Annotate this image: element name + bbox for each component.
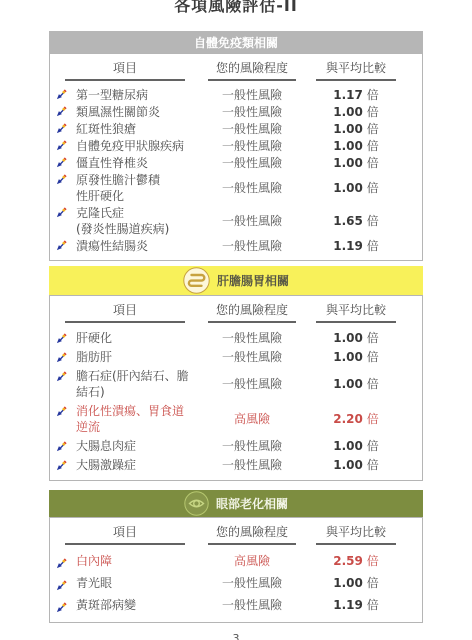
section-title: 眼部老化相關 [216,495,288,512]
risk-item-name: 肝硬化 [76,330,200,346]
table-row: 僵直性脊椎炎 一般性風險 1.00 倍 [50,154,422,171]
table-row: 類風濕性關節炎 一般性風險 1.00 倍 [50,103,422,120]
risk-level: 一般性風險 [200,213,304,229]
content: 自體免疫類相關 項目 您的風險程度 與平均比較 第一型糖尿病 一般性風險 1.1… [49,31,423,623]
ratio-value: 1.00 [333,576,363,590]
section-header-autoimmune: 自體免疫類相關 [49,31,423,53]
column-header-risk: 您的風險程度 [200,523,304,545]
ratio: 1.19 倍 [304,597,408,613]
section-title: 肝膽腸胃相關 [217,272,289,289]
eye-icon [184,491,209,516]
table-row: 第一型糖尿病 一般性風險 1.17 倍 [50,86,422,103]
risk-level: 一般性風險 [200,349,304,365]
table-row: 自體免疫甲狀腺疾病 一般性風險 1.00 倍 [50,137,422,154]
ratio: 1.65 倍 [304,213,408,229]
ratio: 1.19 倍 [304,238,408,254]
ratio-unit: 倍 [367,458,379,472]
risk-item-name: 大腸激躁症 [76,457,200,473]
risk-level: 一般性風險 [200,330,304,346]
table-row: 脂肪肝 一般性風險 1.00 倍 [50,347,422,366]
section-header-gastro: 肝膽腸胃相關 [49,266,423,295]
section-title: 自體免疫類相關 [194,34,278,51]
table-row: 大腸激躁症 一般性風險 1.00 倍 [50,455,422,474]
ratio-unit: 倍 [367,331,379,345]
section-gastro: 肝膽腸胃相關 項目 您的風險程度 與平均比較 肝硬化 一般性風險 1.00 倍 [49,266,423,481]
dart-icon [56,140,76,151]
ratio-value: 1.19 [333,598,363,612]
page-number: 3 [0,632,472,640]
ratio: 1.00 倍 [304,457,408,473]
ratio-unit: 倍 [367,239,379,253]
column-header-ratio: 與平均比較 [304,59,408,81]
risk-level: 一般性風險 [200,597,304,613]
dart-icon [56,558,76,569]
ratio: 2.20 倍 [304,411,408,427]
table-row: 青光眼 一般性風險 1.00 倍 [50,572,422,594]
risk-level: 一般性風險 [200,104,304,120]
section-header-eye-aging: 眼部老化相關 [49,490,423,517]
ratio-unit: 倍 [367,122,379,136]
section-autoimmune: 自體免疫類相關 項目 您的風險程度 與平均比較 第一型糖尿病 一般性風險 1.1… [49,31,423,261]
table-row: 大腸息肉症 一般性風險 1.00 倍 [50,436,422,455]
risk-item-name: 白內障 [76,553,200,569]
table-row: 白內障 高風險 2.59 倍 [50,550,422,572]
risk-item-name: 第一型糖尿病 [76,87,200,103]
ratio-unit: 倍 [367,214,379,228]
dart-icon [56,157,76,168]
dart-icon [56,174,76,185]
dart-icon [56,89,76,100]
table-row: 原發性膽汁鬱積 性肝硬化 一般性風險 1.00 倍 [50,171,422,204]
ratio-value: 1.00 [333,350,363,364]
dart-icon [56,207,76,218]
ratio-unit: 倍 [367,576,379,590]
ratio: 1.17 倍 [304,87,408,103]
ratio-value: 1.00 [333,181,363,195]
risk-item-name: 膽石症(肝內結石、膽 結石) [76,368,200,400]
ratio: 2.59 倍 [304,553,408,569]
table-row: 潰瘍性結腸炎 一般性風險 1.19 倍 [50,237,422,254]
table-body: 白內障 高風險 2.59 倍 青光眼 一般性風險 1.00 倍 黃斑部病變 [50,548,422,616]
ratio-value: 2.20 [333,412,363,426]
ratio-unit: 倍 [367,139,379,153]
intestine-icon [183,267,210,294]
risk-table-gastro: 項目 您的風險程度 與平均比較 肝硬化 一般性風險 1.00 倍 [49,295,423,481]
ratio-value: 1.00 [333,139,363,153]
column-header-item: 項目 [50,301,200,323]
ratio-unit: 倍 [367,105,379,119]
ratio-value: 1.00 [333,458,363,472]
table-row: 克隆氏症 (發炎性腸道疾病) 一般性風險 1.65 倍 [50,204,422,237]
ratio: 1.00 倍 [304,330,408,346]
ratio-value: 1.00 [333,122,363,136]
ratio-unit: 倍 [367,554,379,568]
ratio-unit: 倍 [367,88,379,102]
column-header-risk: 您的風險程度 [200,301,304,323]
ratio: 1.00 倍 [304,180,408,196]
table-header: 項目 您的風險程度 與平均比較 [50,299,422,326]
ratio-value: 1.00 [333,331,363,345]
ratio: 1.00 倍 [304,376,408,392]
risk-item-name: 黃斑部病變 [76,597,200,613]
dart-icon [56,333,76,344]
ratio: 1.00 倍 [304,138,408,154]
table-header: 項目 您的風險程度 與平均比較 [50,521,422,548]
risk-item-name: 僵直性脊椎炎 [76,155,200,171]
ratio-value: 1.00 [333,439,363,453]
risk-level: 一般性風險 [200,238,304,254]
dart-icon [56,106,76,117]
ratio-unit: 倍 [367,598,379,612]
ratio-unit: 倍 [367,181,379,195]
ratio-unit: 倍 [367,412,379,426]
section-eye-aging: 眼部老化相關 項目 您的風險程度 與平均比較 白內障 高風險 2.59 倍 [49,490,423,623]
ratio: 1.00 倍 [304,104,408,120]
risk-item-name: 脂肪肝 [76,349,200,365]
ratio: 1.00 倍 [304,121,408,137]
risk-level: 一般性風險 [200,138,304,154]
report-page: 各項風險評估-II 自體免疫類相關 項目 您的風險程度 與平均比較 [0,0,472,636]
risk-level: 高風險 [200,553,304,569]
risk-item-name: 大腸息肉症 [76,438,200,454]
risk-item-name: 類風濕性關節炎 [76,104,200,120]
risk-item-name: 潰瘍性結腸炎 [76,238,200,254]
risk-level: 一般性風險 [200,457,304,473]
ratio: 1.00 倍 [304,349,408,365]
risk-item-name: 自體免疫甲狀腺疾病 [76,138,200,154]
dart-icon [56,602,76,613]
column-header-risk: 您的風險程度 [200,59,304,81]
risk-item-name: 青光眼 [76,575,200,591]
ratio-unit: 倍 [367,156,379,170]
risk-item-name: 原發性膽汁鬱積 性肝硬化 [76,172,200,204]
table-row: 肝硬化 一般性風險 1.00 倍 [50,328,422,347]
risk-level: 一般性風險 [200,376,304,392]
risk-table-autoimmune: 項目 您的風險程度 與平均比較 第一型糖尿病 一般性風險 1.17 倍 [49,53,423,261]
dart-icon [56,352,76,363]
table-row: 紅斑性狼瘡 一般性風險 1.00 倍 [50,120,422,137]
ratio: 1.00 倍 [304,155,408,171]
ratio-unit: 倍 [367,439,379,453]
column-header-item: 項目 [50,523,200,545]
ratio-value: 1.00 [333,377,363,391]
dart-icon [56,123,76,134]
risk-level: 一般性風險 [200,438,304,454]
ratio-value: 2.59 [333,554,363,568]
dart-icon [56,580,76,591]
dart-icon [56,441,76,452]
ratio: 1.00 倍 [304,575,408,591]
risk-item-name: 紅斑性狼瘡 [76,121,200,137]
risk-level: 一般性風險 [200,87,304,103]
dart-icon [56,460,76,471]
page-title: 各項風險評估-II [0,0,472,15]
column-header-ratio: 與平均比較 [304,301,408,323]
table-row: 消化性潰瘍、胃食道 逆流 高風險 2.20 倍 [50,401,422,436]
risk-level: 一般性風險 [200,155,304,171]
risk-level: 一般性風險 [200,575,304,591]
ratio-value: 1.17 [333,88,363,102]
table-header: 項目 您的風險程度 與平均比較 [50,57,422,84]
risk-level: 高風險 [200,411,304,427]
table-row: 黃斑部病變 一般性風險 1.19 倍 [50,594,422,616]
risk-item-name: 克隆氏症 (發炎性腸道疾病) [76,205,200,237]
dart-icon [56,240,76,251]
ratio: 1.00 倍 [304,438,408,454]
ratio-unit: 倍 [367,377,379,391]
column-header-item: 項目 [50,59,200,81]
risk-level: 一般性風險 [200,121,304,137]
ratio-value: 1.65 [333,214,363,228]
risk-level: 一般性風險 [200,180,304,196]
dart-icon [56,371,76,382]
risk-item-name: 消化性潰瘍、胃食道 逆流 [76,403,200,435]
ratio-value: 1.19 [333,239,363,253]
dart-icon [56,406,76,417]
column-header-ratio: 與平均比較 [304,523,408,545]
ratio-unit: 倍 [367,350,379,364]
table-row: 膽石症(肝內結石、膽 結石) 一般性風險 1.00 倍 [50,366,422,401]
ratio-value: 1.00 [333,105,363,119]
risk-table-eye: 項目 您的風險程度 與平均比較 白內障 高風險 2.59 倍 [49,517,423,623]
table-body: 第一型糖尿病 一般性風險 1.17 倍 類風濕性關節炎 一般性風險 1.00 倍… [50,84,422,254]
ratio-value: 1.00 [333,156,363,170]
table-body: 肝硬化 一般性風險 1.00 倍 脂肪肝 一般性風險 1.00 倍 膽石症(肝內… [50,326,422,474]
